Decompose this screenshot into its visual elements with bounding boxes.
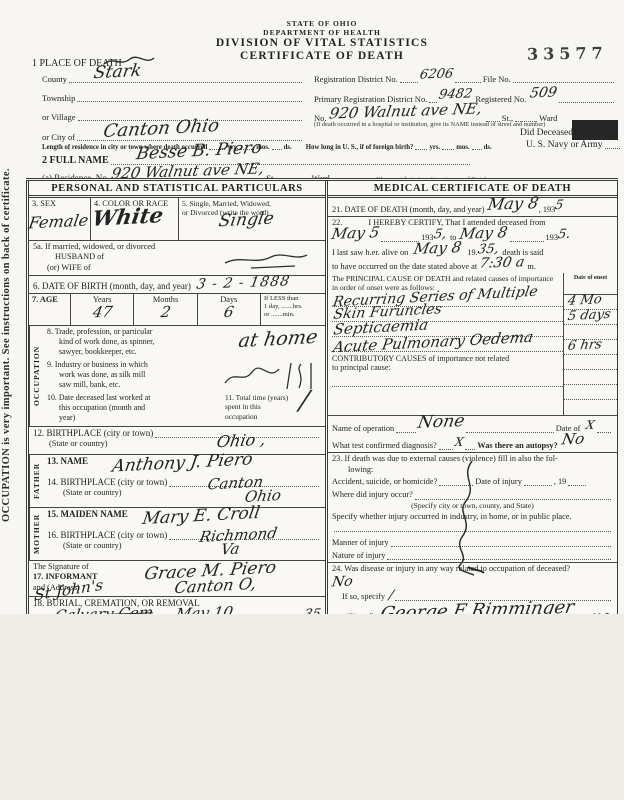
age-days-field: Days 6 — [198, 294, 261, 325]
to-year-value: 5. — [557, 228, 572, 241]
occupation-rows: 8. Trade, profession, or particular kind… — [43, 326, 325, 426]
age-less-than-field: If LESS than 1 day, .......hrs. or .....… — [261, 294, 325, 325]
age-less-line3: or .......min. — [264, 311, 322, 319]
street-value: 920 Walnut ave NE, — [328, 101, 483, 121]
dotted-leader — [415, 147, 427, 150]
dotted-leader — [559, 100, 614, 103]
age-months-value: 2 — [159, 305, 171, 320]
registration-district-value: 6206 — [419, 67, 455, 81]
row10-line1: 10. Date deceased last worked at — [47, 393, 217, 403]
row10-line2: this occupation (month and — [47, 403, 217, 413]
dotted-leader — [396, 430, 416, 433]
row21-label: 21. DATE OF DEATH (month, day, and year) — [332, 205, 484, 215]
industry-row: 9. Industry or business in which work wa… — [43, 359, 325, 392]
autopsy-value: No — [560, 432, 585, 448]
mother-group: MOTHER 15. MAIDEN NAME Mary E. Croll 16.… — [29, 508, 325, 561]
dotted-leader — [381, 239, 419, 242]
cause-lines: The PRINCIPAL CAUSE OF DEATH and related… — [328, 273, 563, 415]
onset-cell — [564, 370, 617, 385]
age-years-value: 47 — [91, 305, 113, 321]
husband-wife-row: 5a. If married, widowed, or divorced HUS… — [29, 241, 325, 276]
dotted-leader — [400, 80, 418, 83]
marital-value: Single — [217, 211, 275, 231]
age-label: 7. AGE — [32, 295, 58, 304]
sex-field: 3. SEX Female — [29, 198, 91, 240]
mos-label: mos. — [456, 144, 469, 151]
township-label: Township — [42, 93, 75, 103]
birthplace-row: 12. BIRTHPLACE (city or town) (State or … — [29, 427, 325, 455]
dotted-leader — [439, 447, 453, 450]
onset-2-value: 5 days — [567, 308, 612, 323]
contributory-label-1: CONTRIBUTORY CAUSES of importance not re… — [332, 354, 563, 363]
scan-background — [0, 614, 624, 800]
sex-label: 3. SEX — [32, 199, 56, 208]
dotted-leader — [510, 239, 544, 242]
dob-label: 6. DATE OF BIRTH (month, day, and year) — [33, 281, 191, 292]
city-row: or City of Canton Ohio — [42, 132, 304, 142]
age-field: 7. AGE — [29, 294, 71, 325]
father-name-value: Anthony J. Piero — [111, 451, 254, 475]
margin-instruction-note: OCCUPATION is very important. See instru… — [1, 110, 17, 580]
occupation-relation-value: No — [331, 574, 354, 589]
dotted-leader — [455, 80, 481, 83]
mother-name-row: 15. MAIDEN NAME Mary E. Croll — [43, 508, 325, 529]
principal-cause-block: The PRINCIPAL CAUSE OF DEATH and related… — [328, 273, 617, 416]
row13-label: 13. NAME — [47, 456, 88, 466]
sex-value: Female — [27, 212, 89, 231]
row16-label: 16. BIRTHPLACE (city or town) — [47, 530, 167, 541]
onset-cell — [564, 355, 617, 370]
dotted-leader — [272, 147, 282, 150]
father-name-row: 13. NAME Anthony J. Piero — [43, 455, 325, 476]
mother-birthplace-state: Va — [219, 542, 240, 558]
trade-value: at home — [237, 328, 319, 351]
mother-name-value: Mary E. Croll — [141, 505, 261, 528]
dotted-leader — [472, 147, 482, 150]
yrs-label: yrs. — [429, 144, 440, 151]
certify-statement: I HEREBY CERTIFY, That I attended deceas… — [368, 218, 545, 228]
scribble-mark — [221, 247, 311, 269]
dotted-leader — [597, 430, 611, 433]
time-suffix: m. — [527, 262, 536, 272]
date-of-death-value: May 8 — [487, 195, 540, 213]
total-time-field: 11. Total time (years) spent in this occ… — [221, 392, 325, 426]
age-row: 7. AGE Years 47 Months 2 Days 6 If LESS … — [29, 294, 325, 326]
onset-cell: 5 days — [564, 310, 617, 325]
father-birthplace-row: 14. BIRTHPLACE (city or town) (State or … — [43, 476, 325, 507]
row15-label: 15. MAIDEN NAME — [47, 509, 128, 519]
date-of-onset-column: Date of onset 4 Mo 5 days 6 hrs — [563, 273, 617, 415]
cause-line: Acute Pulmonary Oedema — [332, 337, 563, 352]
dotted-leader — [387, 557, 611, 560]
accident-label: Accident, suicide, or homicide? — [332, 477, 437, 487]
certify-block: 22. I HEREBY CERTIFY, That I attended de… — [328, 217, 617, 273]
dotted-leader — [568, 483, 586, 486]
occupation-vertical-label: OCCUPATION — [29, 326, 43, 426]
mother-vertical-label: MOTHER — [29, 508, 43, 560]
personal-heading: PERSONAL AND STATISTICAL PARTICULARS — [29, 181, 325, 198]
test-label: What test confirmed diagnosis? — [332, 441, 437, 451]
dotted-leader — [77, 99, 302, 102]
cancellation-squiggle — [448, 459, 488, 577]
color-race-field: 4. COLOR OR RACE White — [91, 198, 179, 240]
mother-birthplace-row: 16. BIRTHPLACE (city or town) (State or … — [43, 529, 325, 560]
attended-from-value: May 5 — [331, 226, 381, 243]
served-line-2: U. S. Navy or Army — [526, 140, 622, 150]
full-name-label: 2 FULL NAME — [42, 155, 109, 166]
father-vertical-label: FATHER — [29, 455, 43, 507]
dotted-leader — [442, 147, 454, 150]
date-of-birth-row: 6. DATE OF BIRTH (month, day, and year) … — [29, 276, 325, 294]
diagnosis-test-row: What test confirmed diagnosis? X Was the… — [328, 435, 617, 453]
trade-row: 8. Trade, profession, or particular kind… — [43, 326, 325, 359]
last-saw-value: May 8 — [413, 241, 463, 258]
injury-year-label: , 19 — [554, 477, 566, 487]
if-so-specify-label: If so, specify — [332, 592, 385, 602]
village-label: or Village — [42, 112, 76, 122]
scanned-death-certificate: OCCUPATION is very important. See instru… — [0, 0, 624, 800]
external-causes-block: 23. If death was due to external causes … — [328, 453, 617, 562]
foreign-birth-label: How long in U. S., if of foreign birth? — [306, 144, 414, 151]
birthplace-value: Ohio , — [215, 432, 266, 451]
registration-district-label: Registration District No. — [314, 74, 398, 84]
dotted-leader — [513, 80, 614, 83]
onset-cell: 6 hrs — [564, 340, 617, 355]
ds-label: ds. — [484, 144, 492, 151]
dob-value: 3 - 2 - 1888 — [195, 274, 291, 291]
age-months-field: Months 2 — [134, 294, 197, 325]
autopsy-label: Was there an autopsy? — [477, 441, 557, 451]
occupation-group: OCCUPATION 8. Trade, profession, or part… — [29, 326, 325, 427]
informant-row: The Signature of 17. INFORMANT and (Addr… — [29, 561, 325, 597]
time-of-death-value: 7:30 a — [479, 256, 526, 272]
year-prefix: , 193 — [539, 205, 556, 215]
contributory-blank-line — [332, 387, 563, 402]
mother-rows: 15. MAIDEN NAME Mary E. Croll 16. BIRTHP… — [43, 508, 325, 560]
dotted-leader — [391, 544, 611, 547]
onset-1-value: 4 Mo — [567, 293, 603, 308]
occurred-label: to have occurred on the date stated abov… — [332, 262, 477, 272]
county-value: Stark — [92, 63, 142, 82]
dotted-leader — [605, 146, 620, 149]
onset-cell — [564, 400, 617, 415]
contributory-blank-line — [332, 372, 563, 387]
manner-of-injury-label: Manner of injury — [332, 538, 389, 548]
department-line: DEPARTMENT OF HEALTH — [26, 29, 618, 38]
certificate-header: STATE OF OHIO DEPARTMENT OF HEALTH DIVIS… — [26, 14, 618, 178]
sex-color-marital-row: 3. SEX Female 4. COLOR OR RACE White 5. … — [29, 198, 325, 241]
operation-date-value: X — [585, 419, 596, 431]
principal-label-1: The PRINCIPAL CAUSE OF DEATH and related… — [332, 274, 563, 283]
county-row: County Stark — [42, 74, 304, 84]
file-number-stamp: 33577 — [527, 43, 608, 63]
age-less-line1: If LESS than — [264, 295, 322, 303]
date-of-death-row: 21. DATE OF DEATH (month, day, and year)… — [328, 198, 617, 217]
operation-value: None — [417, 414, 466, 433]
last-worked-row: 10. Date deceased last worked at this oc… — [43, 392, 325, 426]
onset-4-value: 6 hrs — [567, 338, 603, 353]
county-label: County — [42, 74, 67, 84]
registered-no-value: 509 — [529, 86, 558, 101]
dotted-leader — [524, 483, 552, 486]
length-of-residence-row: Length of residence in city or town wher… — [42, 144, 512, 151]
city-label: or City of — [42, 132, 75, 142]
dotted-leader — [465, 447, 475, 450]
father-group: FATHER 13. NAME Anthony J. Piero 14. BIR… — [29, 455, 325, 508]
marital-label-1: 5. Single, Married, Widowed, — [182, 199, 322, 208]
marital-status-field: 5. Single, Married, Widowed, or Divorced… — [179, 198, 325, 240]
attended-to-value: May 8 — [459, 226, 509, 243]
row14-label: 14. BIRTHPLACE (city or town) — [47, 477, 167, 488]
township-row: Township — [42, 93, 304, 103]
age-less-line2: 1 day, .......hrs. — [264, 303, 322, 311]
row12-sub: (State or country) — [33, 439, 321, 449]
ds-label: ds. — [284, 144, 292, 151]
nature-of-injury-label: Nature of injury — [332, 551, 385, 561]
test-value: X — [454, 436, 465, 448]
onset-cell — [564, 385, 617, 400]
age-days-value: 6 — [223, 305, 235, 320]
registration-row: Registration District No. 6206 File No. — [314, 71, 616, 84]
contributory-label-2: to principal cause: — [332, 363, 563, 372]
certificate-paper: OCCUPATION is very important. See instru… — [0, 0, 624, 614]
age-years-field: Years 47 — [71, 294, 134, 325]
color-race-value: White — [91, 204, 165, 229]
row24-label: 24. Was disease or injury in any way rel… — [332, 564, 613, 574]
row16-sub: (State or country) — [47, 541, 321, 551]
medical-heading: MEDICAL CERTIFICATE OF DEATH — [328, 181, 617, 198]
navy-army-label: U. S. Navy or Army — [526, 140, 603, 150]
if-so-mark: / — [388, 589, 395, 602]
file-no-label: File No. — [483, 74, 511, 84]
informant-address: Canton O, — [173, 576, 257, 596]
row12-label: 12. BIRTHPLACE (city or town) — [33, 428, 153, 439]
operation-label: Name of operation — [332, 424, 394, 434]
death-year-value: 5 — [554, 199, 565, 212]
last-worked-field: 10. Date deceased last worked at this oc… — [43, 392, 221, 426]
row10-line3: year) — [47, 413, 217, 423]
father-birthplace-state: Ohio — [244, 488, 283, 505]
father-rows: 13. NAME Anthony J. Piero 14. BIRTHPLACE… — [43, 455, 325, 507]
dotted-leader — [466, 430, 553, 433]
dotted-leader — [415, 497, 611, 500]
last-saw-label: I last saw h.er. alive on — [332, 248, 408, 258]
where-injury-label: Where did injury occur? — [332, 490, 413, 500]
dark-ink-box — [572, 120, 618, 140]
